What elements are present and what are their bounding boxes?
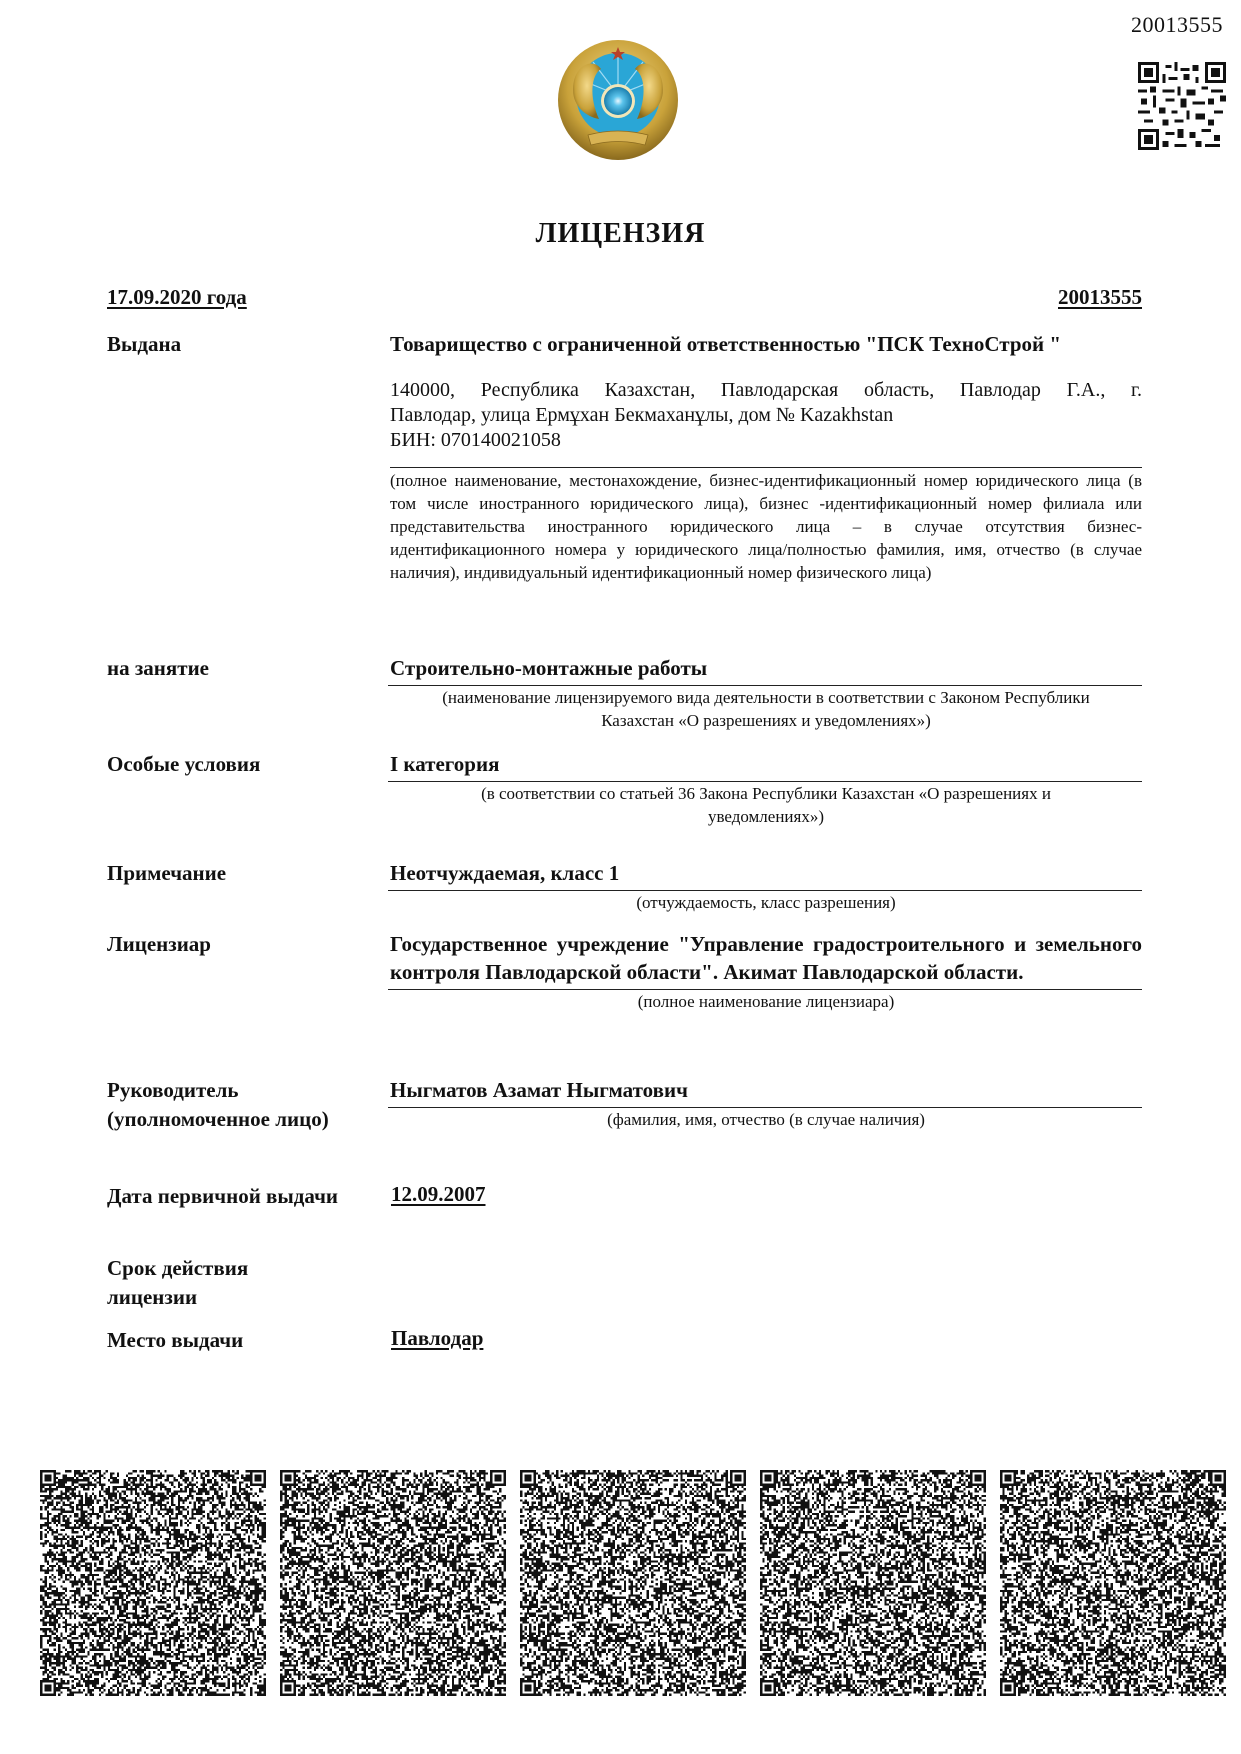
first-issue-date-value: 12.09.2007 (391, 1182, 486, 1207)
issued-to-name: Товарищество с ограниченной ответственно… (390, 330, 1142, 358)
qr-code-icon (40, 1470, 266, 1696)
qr-code-icon (520, 1470, 746, 1696)
licensor-value: Государственное учреждение "Управление г… (390, 930, 1142, 986)
validity-label-line2: лицензии (107, 1283, 387, 1312)
special-conditions-hint: (в соответствии со статьей 36 Закона Рес… (390, 782, 1142, 828)
activity-section: Строительно-монтажные работы (наименован… (390, 654, 1142, 732)
qr-code-icon (760, 1470, 986, 1696)
note-hint: (отчуждаемость, класс разрешения) (390, 891, 1142, 914)
qr-code-icon (1138, 62, 1226, 150)
issued-to-bin: БИН: 070140021058 (390, 428, 1142, 453)
special-conditions-section: I категория (в соответствии со статьей 3… (390, 750, 1142, 828)
note-section: Неотчуждаемая, класс 1 (отчуждаемость, к… (390, 859, 1142, 914)
qr-code-row (40, 1470, 1226, 1696)
qr-code-icon (280, 1470, 506, 1696)
activity-value: Строительно-монтажные работы (390, 654, 1142, 682)
divider (390, 467, 1142, 468)
licensor-label: Лицензиар (107, 930, 387, 959)
special-conditions-label: Особые условия (107, 750, 387, 779)
first-issue-date-label: Дата первичной выдачи (107, 1182, 407, 1211)
validity-label-line1: Срок действия (107, 1254, 387, 1283)
head-label-line1: Руководитель (107, 1076, 387, 1105)
special-conditions-value: I категория (390, 750, 1142, 778)
document-number: 20013555 (1131, 12, 1223, 38)
issued-to-address-line2: Павлодар, улица Ермұхан Бекмаханұлы, дом… (390, 403, 1142, 428)
page-title: ЛИЦЕНЗИЯ (0, 218, 1241, 250)
head-hint: (фамилия, имя, отчество (в случае наличи… (390, 1108, 1142, 1131)
head-section: Ныгматов Азамат Ныгматович (фамилия, имя… (390, 1076, 1142, 1131)
issued-to-label: Выдана (107, 330, 387, 359)
state-emblem-icon (553, 35, 683, 165)
validity-label: Срок действия лицензии (107, 1254, 387, 1312)
place-of-issue-value: Павлодар (391, 1326, 483, 1351)
licensor-section: Государственное учреждение "Управление г… (390, 930, 1142, 1013)
issued-to-section: Товарищество с ограниченной ответственно… (390, 330, 1142, 584)
note-value: Неотчуждаемая, класс 1 (390, 859, 1142, 887)
issued-to-hint: (полное наименование, местонахождение, б… (390, 469, 1142, 584)
head-value: Ныгматов Азамат Ныгматович (390, 1076, 1142, 1104)
head-label: Руководитель (уполномоченное лицо) (107, 1076, 387, 1134)
licensor-hint: (полное наименование лицензиара) (390, 990, 1142, 1013)
activity-hint: (наименование лицензируемого вида деятел… (390, 686, 1142, 732)
activity-label: на занятие (107, 654, 387, 683)
issued-to-address-line1: 140000, Республика Казахстан, Павлодарск… (390, 378, 1142, 403)
place-of-issue-label: Место выдачи (107, 1326, 387, 1355)
note-label: Примечание (107, 859, 387, 888)
qr-code-icon (1000, 1470, 1226, 1696)
head-label-line2: (уполномоченное лицо) (107, 1105, 387, 1134)
issue-date: 17.09.2020 года (107, 285, 247, 310)
license-number: 20013555 (1058, 285, 1142, 310)
